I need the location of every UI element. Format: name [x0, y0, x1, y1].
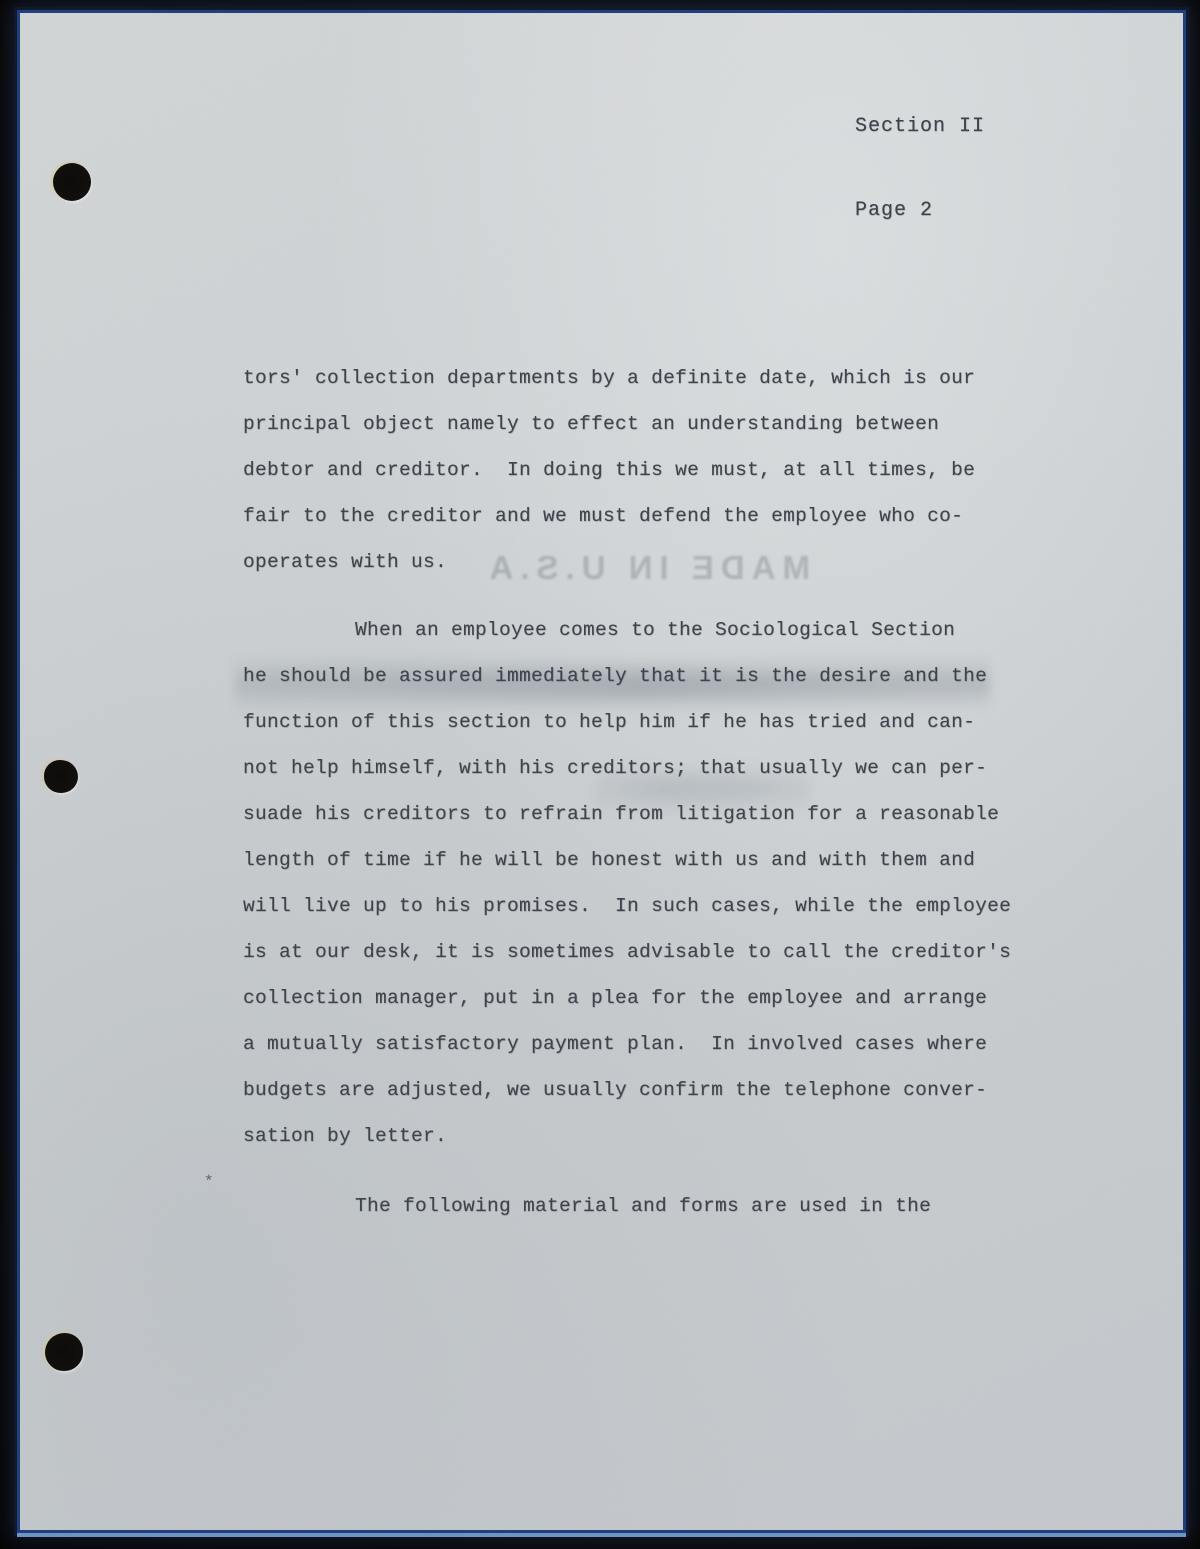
text-line: not help himself, with his creditors; th… [243, 745, 1033, 791]
paragraph: When an employee comes to the Sociologic… [243, 607, 1033, 1159]
text-line: collection manager, put in a plea for th… [243, 975, 1033, 1021]
text-line: principal object namely to effect an und… [243, 401, 1033, 447]
text-line: length of time if he will be honest with… [243, 837, 1033, 883]
text-line: function of this section to help him if … [243, 699, 1033, 745]
paragraph: tors' collection departments by a defini… [243, 355, 1033, 585]
document-page: MADE IN U.S.A Section II Page 2 tors' co… [20, 13, 1183, 1530]
page-header: Section II Page 2 [855, 57, 985, 281]
text-line: debtor and creditor. In doing this we mu… [243, 447, 1033, 493]
section-label: Section II [855, 113, 985, 141]
body-text: tors' collection departments by a defini… [243, 355, 1033, 1229]
text-line: will live up to his promises. In such ca… [243, 883, 1033, 929]
text-line: When an employee comes to the Sociologic… [243, 607, 1033, 653]
paragraph: The following material and forms are use… [243, 1183, 1033, 1229]
text-line: fair to the creditor and we must defend … [243, 493, 1033, 539]
text-line: suade his creditors to refrain from liti… [243, 791, 1033, 837]
punch-hole-bottom [45, 1333, 83, 1371]
text-line: a mutually satisfactory payment plan. In… [243, 1021, 1033, 1067]
page-number: Page 2 [855, 197, 985, 225]
text-line: is at our desk, it is sometimes advisabl… [243, 929, 1033, 975]
scan-background: MADE IN U.S.A Section II Page 2 tors' co… [0, 0, 1200, 1549]
text-line: sation by letter. [243, 1113, 1033, 1159]
text-line: budgets are adjusted, we usually confirm… [243, 1067, 1033, 1113]
text-line: operates with us. [243, 539, 1033, 585]
text-line: The following material and forms are use… [243, 1183, 1033, 1229]
margin-asterisk: * [204, 1173, 214, 1191]
punch-hole-middle [44, 760, 78, 793]
text-line: he should be assured immediately that it… [243, 653, 1033, 699]
text-line: tors' collection departments by a defini… [243, 355, 1033, 401]
punch-hole-top [53, 163, 91, 201]
